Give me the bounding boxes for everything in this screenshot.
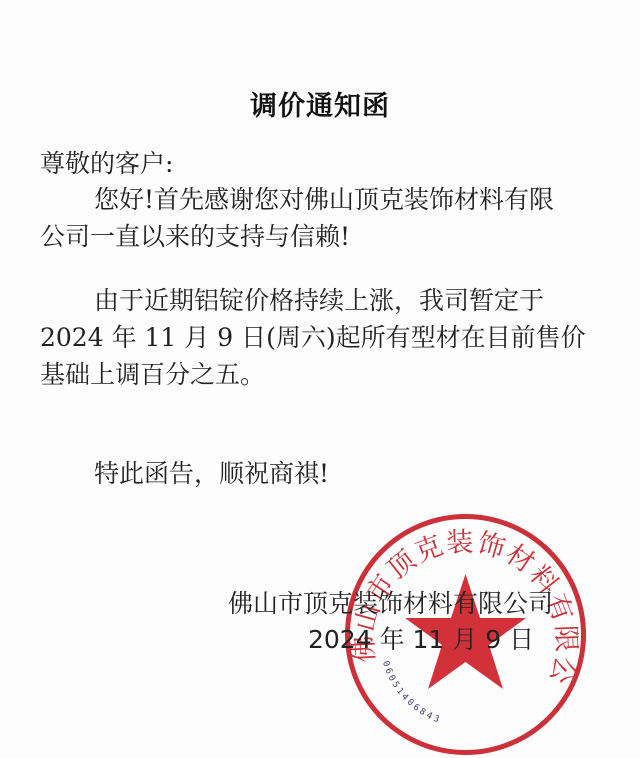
closing-line: 特此函告，顺祝商祺!: [94, 458, 329, 490]
paragraph1-line1: 您好!首先感谢您对佛山顶克装饰材料有限: [94, 184, 554, 216]
paragraph2-line2: 2024 年 11 月 9 日(周六)起所有型材在目前售价: [40, 322, 586, 354]
seal-serial-text: 06051406843: [380, 660, 443, 726]
paragraph1-line2: 公司一直以来的支持与信赖!: [40, 221, 350, 253]
document-title: 调价通知函: [0, 84, 640, 123]
paragraph2-line3: 基础上调百分之五。: [40, 359, 265, 391]
salutation: 尊敬的客户:: [40, 148, 173, 180]
paragraph2-line1: 由于近期铝锭价格持续上涨，我司暂定于: [94, 285, 544, 317]
signature-date: 2024 年 11 月 9 日: [308, 624, 534, 656]
signature-company: 佛山市顶克装饰材料有限公司: [228, 588, 553, 620]
